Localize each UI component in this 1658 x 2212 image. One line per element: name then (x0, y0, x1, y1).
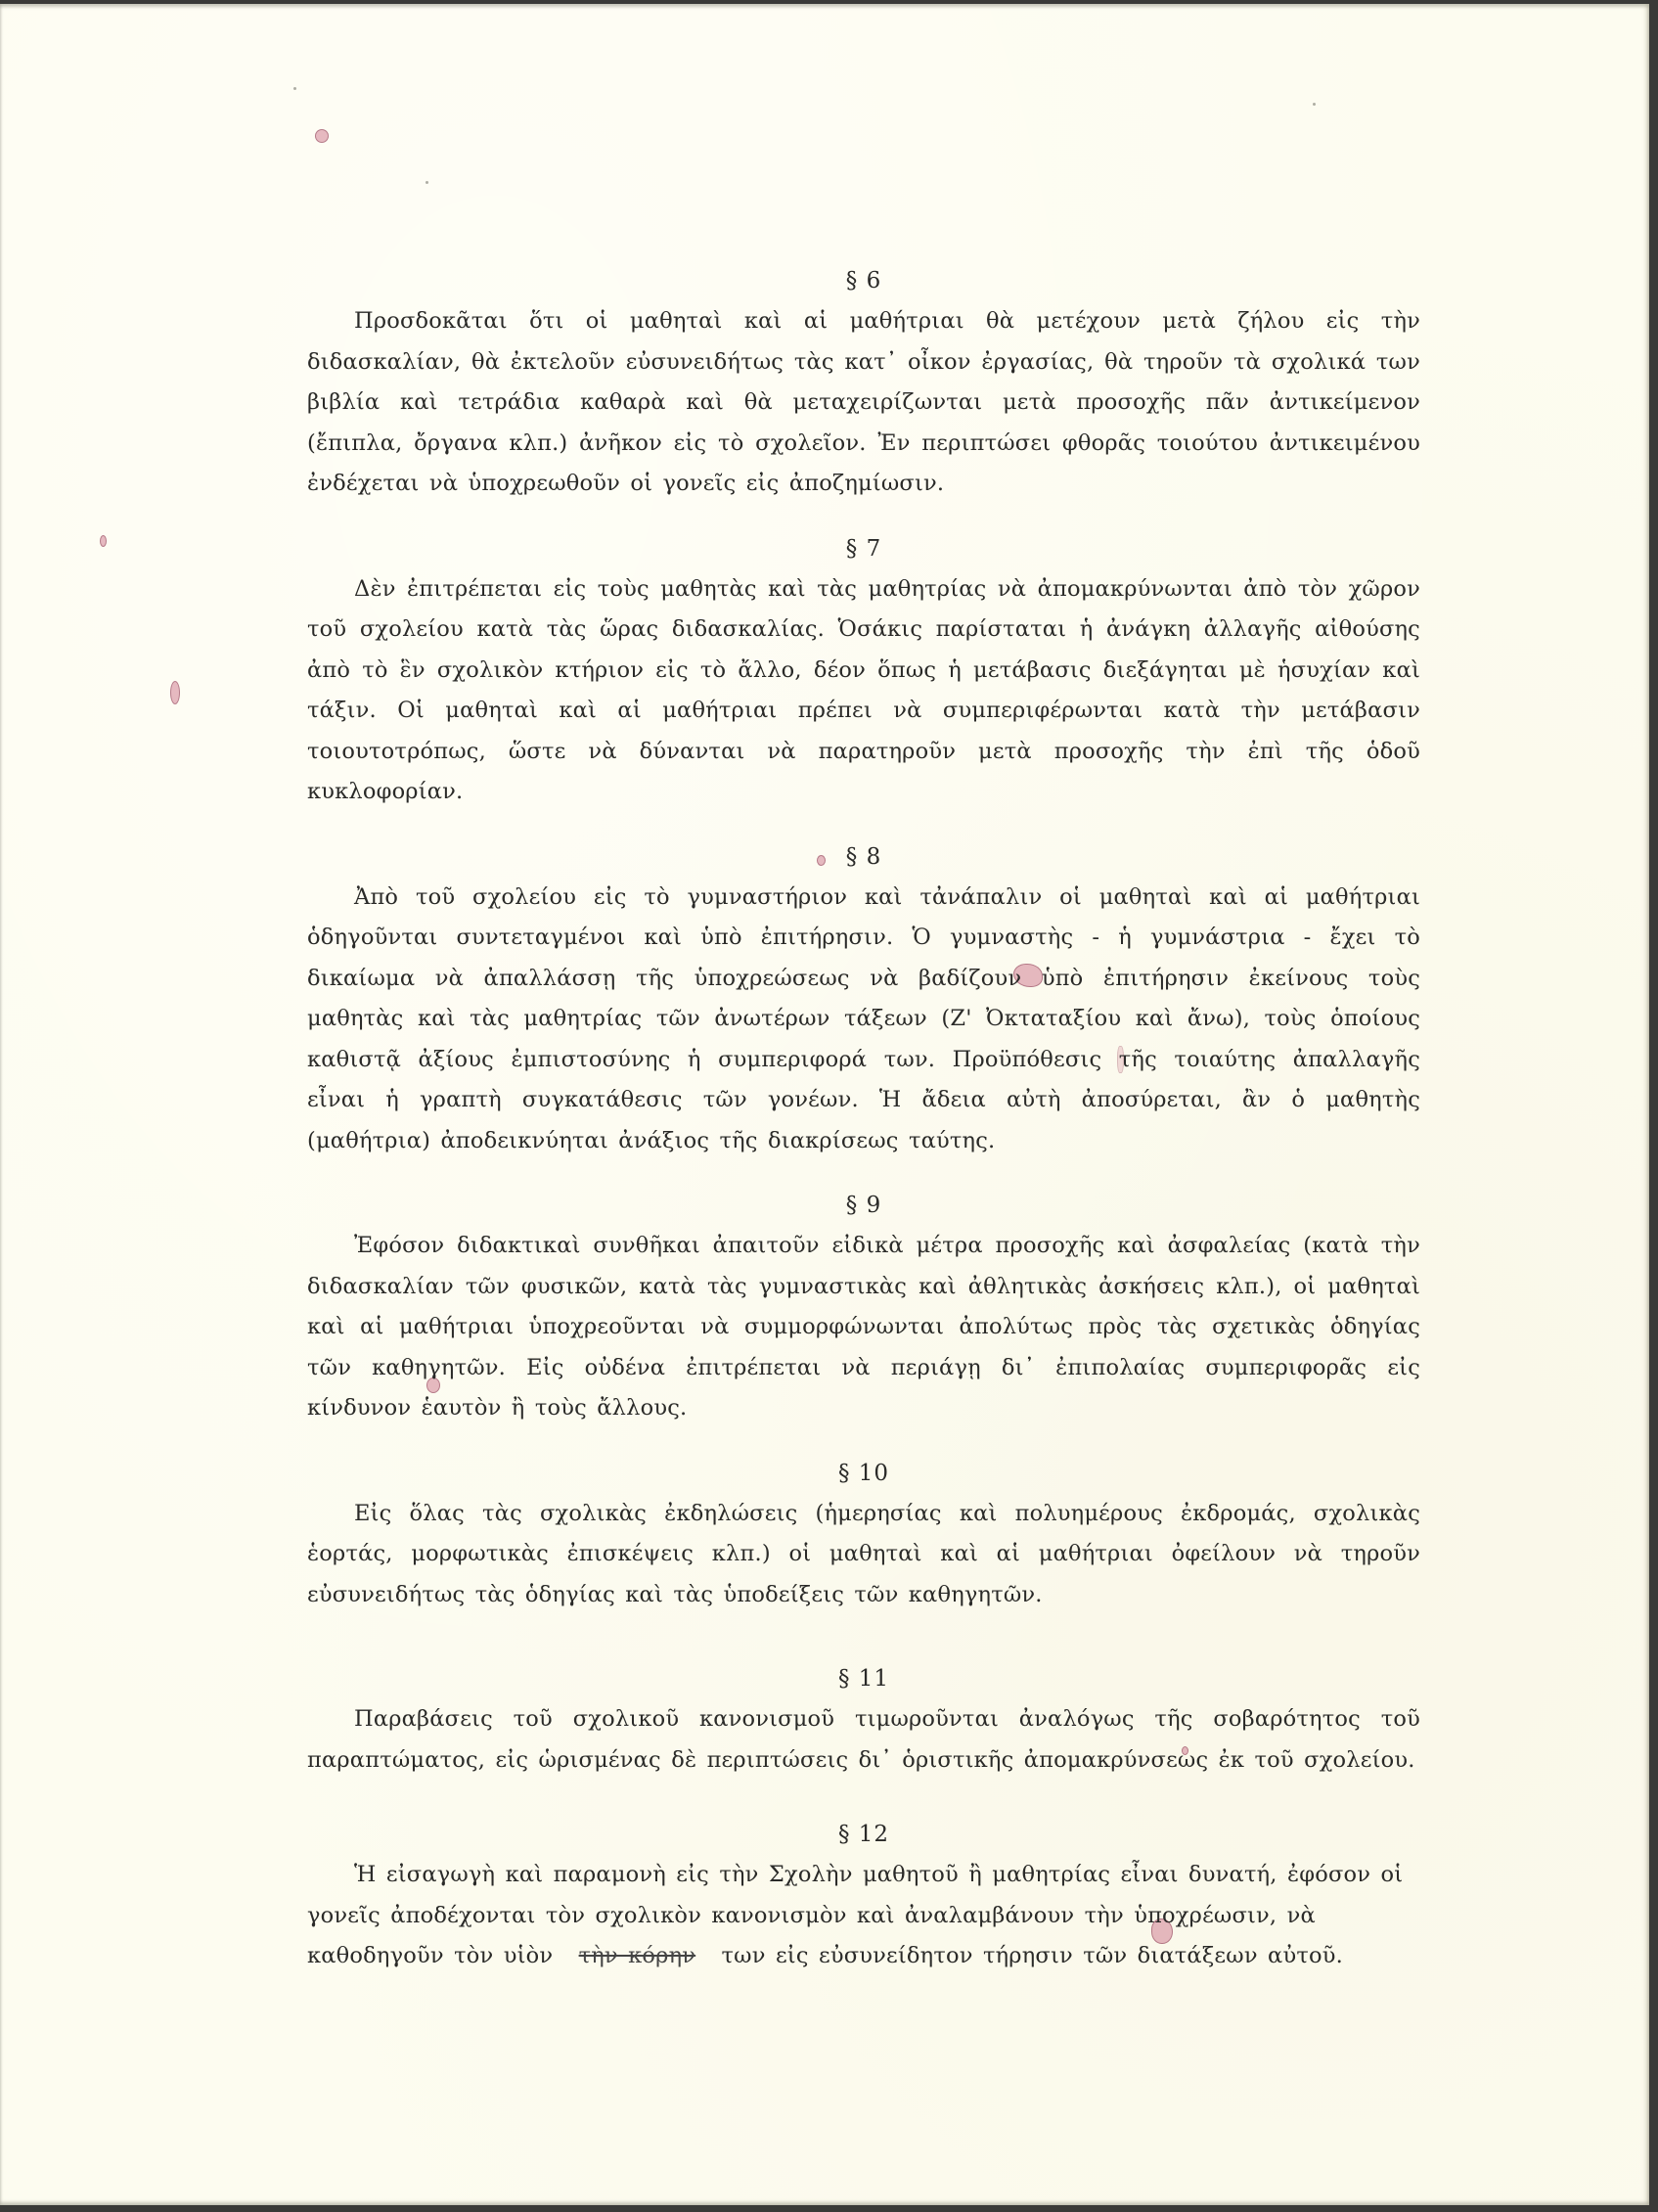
section-text: Ἀπὸ τοῦ σχολείου εἰς τὸ γυμναστήριον καὶ… (307, 878, 1420, 1162)
section-9: § 9 Ἐφόσον διδακτικαὶ συνθῆκαι ἀπαιτοῦν … (307, 1185, 1420, 1429)
document-page: § 6 Προσδοκᾶται ὅτι οἱ μαθηταὶ καὶ αἱ μα… (0, 4, 1649, 2205)
section-text-end: των εἰς εὐσυνείδητον τήρησιν τῶν διατάξε… (722, 1943, 1343, 1968)
section-6: § 6 Προσδοκᾶται ὅτι οἱ μαθηταὶ καὶ αἱ μα… (307, 260, 1420, 505)
section-7: § 7 Δὲν ἐπιτρέπεται εἰς τοὺς μαθητὰς καὶ… (307, 528, 1420, 813)
speck-mark (293, 87, 296, 90)
struck-out-text: τὴν κόρην (563, 1943, 712, 1968)
section-text: Εἰς ὅλας τὰς σχολικὰς ἐκδηλώσεις (ἡμερησ… (307, 1494, 1420, 1616)
section-8: § 8 Ἀπὸ τοῦ σχολείου εἰς τὸ γυμναστήριον… (307, 836, 1420, 1162)
section-10: § 10 Εἰς ὅλας τὰς σχολικὰς ἐκδηλώσεις (ἡ… (307, 1453, 1420, 1616)
document-body: § 6 Προσδοκᾶται ὅτι οἱ μαθηταὶ καὶ αἱ μα… (307, 260, 1420, 2001)
section-number: § 7 (307, 528, 1420, 569)
section-11: § 11 Παραβάσεις τοῦ σχολικοῦ κανονισμοῦ … (307, 1658, 1420, 1781)
section-12: § 12 Ἡ εἰσαγωγὴ καὶ παραμονὴ εἰς τὴν Σχο… (307, 1814, 1420, 1977)
speck-mark (1313, 103, 1316, 106)
section-number: § 9 (307, 1185, 1420, 1226)
section-number: § 8 (307, 836, 1420, 878)
section-text: Δὲν ἐπιτρέπεται εἰς τοὺς μαθητὰς καὶ τὰς… (307, 569, 1420, 813)
stain-mark (315, 129, 329, 143)
section-number: § 6 (307, 260, 1420, 301)
speck-mark (426, 181, 428, 184)
section-text: Ἡ εἰσαγωγὴ καὶ παραμονὴ εἰς τὴν Σχολὴν μ… (307, 1855, 1420, 1977)
section-number: § 10 (307, 1453, 1420, 1494)
stain-mark (170, 681, 180, 704)
section-text: Παραβάσεις τοῦ σχολικοῦ κανονισμοῦ τιμωρ… (307, 1699, 1420, 1781)
section-number: § 12 (307, 1814, 1420, 1855)
section-text: Ἐφόσον διδακτικαὶ συνθῆκαι ἀπαιτοῦν εἰδι… (307, 1226, 1420, 1429)
section-number: § 11 (307, 1658, 1420, 1699)
section-text: Προσδοκᾶται ὅτι οἱ μαθηταὶ καὶ αἱ μαθήτρ… (307, 301, 1420, 505)
stain-mark (100, 535, 107, 547)
